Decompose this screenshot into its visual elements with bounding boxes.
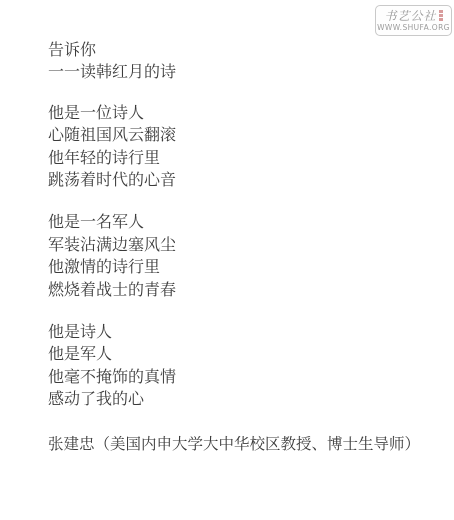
poem-line: 跳荡着时代的心音: [48, 169, 420, 191]
author-attribution: 张建忠（美国内申大学大中华校区教授、博士生导师）: [48, 433, 420, 455]
document-page: 书艺公社 WWW.SHUFA.ORG 告诉你 一一读韩红月的诗 他是一位诗人 心…: [0, 0, 454, 520]
stanza-2: 他是一名军人 军装沾满边塞风尘 他激情的诗行里 燃烧着战士的青春: [48, 211, 420, 301]
poem-body: 告诉你 一一读韩红月的诗 他是一位诗人 心随祖国风云翻滚 他年轻的诗行里 跳荡着…: [48, 39, 420, 455]
poem-line: 他是一名军人: [48, 211, 420, 233]
poem-line: 他激情的诗行里: [48, 256, 420, 278]
poem-line: 他是诗人: [48, 321, 420, 343]
stanza-3: 他是诗人 他是军人 他毫不掩饰的真情 感动了我的心: [48, 321, 420, 411]
site-brand-calligraphy: 书艺公社: [384, 10, 436, 22]
poem-title: 告诉你: [48, 39, 420, 61]
poem-title-block: 告诉你 一一读韩红月的诗: [48, 39, 420, 84]
poem-line: 燃烧着战士的青春: [48, 279, 420, 301]
watermark-brand-row: 书艺公社: [384, 10, 442, 22]
poem-line: 军装沾满边塞风尘: [48, 234, 420, 256]
poem-line: 他年轻的诗行里: [48, 147, 420, 169]
poem-line: 心随祖国风云翻滚: [48, 124, 420, 146]
poem-subtitle: 一一读韩红月的诗: [48, 61, 420, 83]
site-url: WWW.SHUFA.ORG: [377, 24, 450, 32]
site-watermark: 书艺公社 WWW.SHUFA.ORG: [375, 5, 452, 36]
red-seal-icon: [439, 10, 443, 21]
stanza-1: 他是一位诗人 心随祖国风云翻滚 他年轻的诗行里 跳荡着时代的心音: [48, 102, 420, 192]
poem-line: 他毫不掩饰的真情: [48, 366, 420, 388]
poem-line: 他是一位诗人: [48, 102, 420, 124]
poem-line: 感动了我的心: [48, 388, 420, 410]
poem-line: 他是军人: [48, 343, 420, 365]
